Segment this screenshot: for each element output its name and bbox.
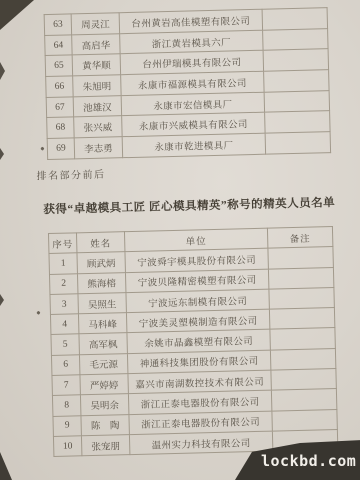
name-cell: 顾武炳 [77, 252, 125, 273]
rank-cell: 7 [52, 375, 80, 396]
col-header-remark: 备注 [267, 227, 332, 249]
ranking-note: 排名部分前后 [36, 166, 105, 183]
name-cell: 高启华 [72, 33, 120, 55]
elite-members-table: 序号 姓名 单位 备注 1 顾武炳 宁波舜宇模具股份有限公司 2 熊海榕 宁波贝… [48, 226, 338, 457]
name-cell: 马科峰 [78, 313, 126, 334]
rank-cell: 6 [51, 355, 79, 376]
rank-cell: 63 [44, 14, 71, 35]
rank-cell: 4 [50, 314, 78, 335]
name-cell: 池雄汉 [73, 95, 121, 117]
paper-speck [40, 147, 44, 151]
name-cell: 陈 陶 [81, 414, 129, 435]
col-header-no: 序号 [48, 233, 76, 254]
remark-cell [263, 49, 328, 71]
remark-cell [262, 8, 327, 30]
company-cell: 温州实力科技有限公司 [129, 431, 272, 455]
rank-cell: 9 [53, 415, 81, 436]
remark-cell [271, 389, 336, 411]
remark-cell [268, 267, 333, 289]
rank-cell: 65 [45, 55, 72, 76]
rank-cell: 3 [50, 294, 78, 315]
name-cell: 张兴威 [74, 116, 122, 138]
remark-cell [265, 111, 330, 133]
name-cell: 吴照生 [78, 293, 126, 314]
remark-cell [265, 132, 330, 154]
name-cell: 朱旭明 [73, 75, 121, 97]
name-cell: 周灵江 [71, 13, 119, 35]
rank-cell: 1 [49, 253, 77, 274]
col-header-name: 姓名 [76, 232, 124, 253]
remark-cell [264, 70, 329, 92]
name-cell: 严婷婷 [80, 374, 128, 395]
remark-cell [269, 287, 334, 309]
remark-cell [272, 409, 337, 431]
rank-cell: 68 [47, 117, 74, 138]
remark-cell [263, 28, 328, 50]
remark-cell [271, 369, 336, 391]
list-title: 获得“卓越模具工匠 匠心模具精英”称号的精英人员名单 [43, 194, 333, 217]
ranked-members-table: 63 周灵江 台州黄岩高佳模塑有限公司 64 高启华 浙江黄岩模具六厂 65 黄… [44, 7, 331, 160]
name-cell: 高军枫 [79, 333, 127, 354]
remark-cell [268, 247, 333, 269]
remark-cell [270, 328, 335, 350]
remark-cell [270, 348, 335, 370]
rank-cell: 66 [46, 76, 73, 97]
remark-cell [269, 308, 334, 330]
remark-cell [264, 90, 329, 112]
rank-cell: 69 [47, 138, 74, 159]
watermark-text: lockbd.com [261, 452, 356, 470]
paper-sheet: 63 周灵江 台州黄岩高佳模塑有限公司 64 高启华 浙江黄岩模具六厂 65 黄… [0, 0, 360, 480]
name-cell: 熊海榕 [77, 272, 125, 293]
document-photo: 63 周灵江 台州黄岩高佳模塑有限公司 64 高启华 浙江黄岩模具六厂 65 黄… [0, 0, 360, 480]
name-cell: 黄华顺 [72, 54, 120, 76]
paper-speck [36, 311, 40, 315]
rank-cell: 2 [49, 273, 77, 294]
rank-cell: 5 [51, 334, 79, 355]
rank-cell: 10 [53, 436, 81, 457]
name-cell: 张宠朋 [81, 435, 129, 456]
name-cell: 李志勇 [74, 137, 122, 159]
rank-cell: 8 [52, 395, 80, 416]
company-cell: 永康市乾进模具厂 [122, 133, 265, 157]
rank-cell: 67 [46, 97, 73, 118]
name-cell: 毛元源 [79, 353, 127, 374]
name-cell: 吴明余 [80, 394, 128, 415]
rank-cell: 64 [45, 35, 72, 56]
